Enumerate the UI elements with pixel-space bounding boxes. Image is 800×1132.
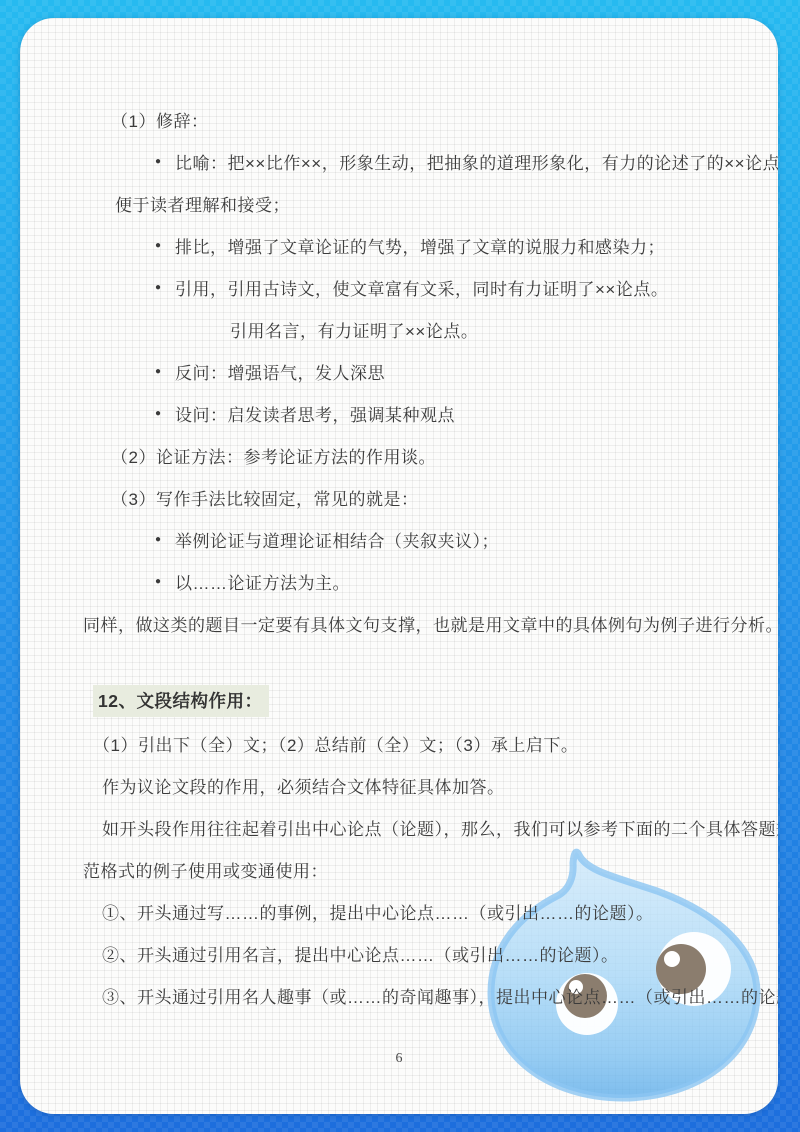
bullet-item-metaphor: ● 比喻：把××比作××，形象生动，把抽象的道理形象化，有力的论述了的××论点， bbox=[155, 140, 750, 182]
page-number: 6 bbox=[20, 1051, 778, 1067]
quotation-continuation: 引用名言，有力证明了××论点。 bbox=[230, 308, 750, 350]
metaphor-continuation-text: 便于读者理解和接受； bbox=[115, 191, 290, 216]
example-3-text: ③、开头通过引用名人趣事（或……的奇闻趣事），提出中心论点……（或引出……的论题… bbox=[102, 983, 778, 1008]
bullet-item-main-method: ● 以……论证方法为主。 bbox=[155, 560, 750, 602]
bullet-item-quotation: ● 引用，引用古诗文，使文章富有文采，同时有力证明了××论点。 bbox=[155, 266, 750, 308]
example-1: ①、开头通过写……的事例，提出中心论点……（或引出……的论题）。 bbox=[102, 890, 750, 932]
document-content: （1）修辞： ● 比喻：把××比作××，形象生动，把抽象的道理形象化，有力的论述… bbox=[20, 18, 778, 1016]
section12-line2-text: 作为议论文段的作用，必须结合文体特征具体加答。 bbox=[102, 773, 505, 798]
bullet-item-text: 引用，引用古诗文，使文章富有文采，同时有力证明了××论点。 bbox=[175, 275, 668, 300]
argument-method-label: （2）论证方法：参考论证方法的作用谈。 bbox=[111, 434, 750, 476]
section12-line3b-text: 范格式的例子使用或变通使用： bbox=[83, 857, 328, 882]
bullet-item-text: 反问：增强语气，发人深思 bbox=[175, 359, 385, 384]
section12-line1-text: （1）引出下（全）文；（2）总结前（全）文；（3）承上启下。 bbox=[93, 731, 578, 756]
bullet-item-example-reasoning: ● 举例论证与道理论证相结合（夹叙夹议）； bbox=[155, 518, 750, 560]
bullet-item-text: 以……论证方法为主。 bbox=[175, 569, 350, 594]
section12-heading-row: 12、文段结构作用： bbox=[93, 680, 750, 722]
quotation-continuation-text: 引用名言，有力证明了××论点。 bbox=[230, 317, 478, 342]
bullet-icon: ● bbox=[155, 576, 175, 587]
summary-line: 同样，做这类的题目一定要有具体文句支撑，也就是用文章中的具体例句为例子进行分析。 bbox=[83, 602, 750, 644]
bullet-item-hypophora: ● 设问：启发读者思考，强调某种观点 bbox=[155, 392, 750, 434]
bullet-item-text: 举例论证与道理论证相结合（夹叙夹议）； bbox=[175, 527, 499, 552]
bullet-icon: ● bbox=[155, 408, 175, 419]
bullet-icon: ● bbox=[155, 534, 175, 545]
document-page: （1）修辞： ● 比喻：把××比作××，形象生动，把抽象的道理形象化，有力的论述… bbox=[20, 18, 778, 1114]
section12-line2: 作为议论文段的作用，必须结合文体特征具体加答。 bbox=[102, 764, 750, 806]
section12-heading: 12、文段结构作用： bbox=[93, 685, 269, 717]
bullet-icon: ● bbox=[155, 240, 175, 251]
bullet-icon: ● bbox=[155, 366, 175, 377]
rhetoric-label-text: （1）修辞： bbox=[111, 107, 208, 132]
summary-text: 同样，做这类的题目一定要有具体文句支撑，也就是用文章中的具体例句为例子进行分析。 bbox=[83, 611, 778, 636]
writing-technique-label: （3）写作手法比较固定，常见的就是： bbox=[111, 476, 750, 518]
example-1-text: ①、开头通过写……的事例，提出中心论点……（或引出……的论题）。 bbox=[102, 899, 654, 924]
bullet-item-text: 设问：启发读者思考，强调某种观点 bbox=[175, 401, 455, 426]
section12-line3b: 范格式的例子使用或变通使用： bbox=[83, 848, 750, 890]
metaphor-continuation: 便于读者理解和接受； bbox=[115, 182, 750, 224]
blue-frame: （1）修辞： ● 比喻：把××比作××，形象生动，把抽象的道理形象化，有力的论述… bbox=[0, 0, 800, 1132]
bullet-icon: ● bbox=[155, 282, 175, 293]
section12-line3a: 如开头段作用往往起着引出中心论点（论题），那么，我们可以参考下面的二个具体答题规 bbox=[102, 806, 750, 848]
argument-method-text: （2）论证方法：参考论证方法的作用谈。 bbox=[111, 443, 436, 468]
section12-line3a-text: 如开头段作用往往起着引出中心论点（论题），那么，我们可以参考下面的二个具体答题规 bbox=[102, 815, 778, 840]
example-3: ③、开头通过引用名人趣事（或……的奇闻趣事），提出中心论点……（或引出……的论题… bbox=[102, 974, 750, 1016]
rhetoric-label: （1）修辞： bbox=[111, 98, 750, 140]
section12-line1: （1）引出下（全）文；（2）总结前（全）文；（3）承上启下。 bbox=[93, 722, 750, 764]
writing-technique-text: （3）写作手法比较固定，常见的就是： bbox=[111, 485, 418, 510]
bullet-item-text: 比喻：把××比作××，形象生动，把抽象的道理形象化，有力的论述了的××论点， bbox=[175, 149, 778, 174]
bullet-item-text: 排比，增强了文章论证的气势，增强了文章的说服力和感染力； bbox=[175, 233, 665, 258]
bullet-icon: ● bbox=[155, 156, 175, 167]
bullet-item-rhetorical-question: ● 反问：增强语气，发人深思 bbox=[155, 350, 750, 392]
example-2-text: ②、开头通过引用名言，提出中心论点……（或引出……的论题）。 bbox=[102, 941, 619, 966]
example-2: ②、开头通过引用名言，提出中心论点……（或引出……的论题）。 bbox=[102, 932, 750, 974]
bullet-item-parallelism: ● 排比，增强了文章论证的气势，增强了文章的说服力和感染力； bbox=[155, 224, 750, 266]
